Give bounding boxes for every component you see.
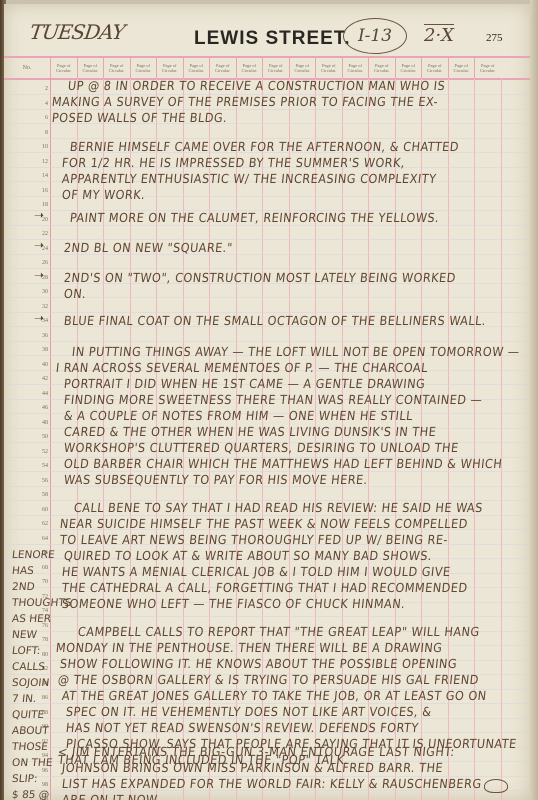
page-header: TUESDAY LEWIS STREET. I-13 2·X 275 xyxy=(4,4,530,56)
diary-line: SHOW FOLLOWING IT. HE KNOWS ABOUT THE PO… xyxy=(59,656,458,671)
diary-line: UP @ 8 IN ORDER TO RECEIVE A CONSTRUCTIO… xyxy=(67,78,446,93)
line-number: 2 xyxy=(32,86,48,92)
column-page-of-circular: Page of Circular. xyxy=(421,58,448,78)
diary-line: FINDING MORE SWEETNESS THERE THAN WAS RE… xyxy=(63,392,483,407)
diary-line: WAS SUBSEQUENTLY TO PAY FOR HIS MOVE HER… xyxy=(63,472,368,487)
line-number: 44 xyxy=(32,391,48,397)
line-number: 52 xyxy=(32,449,48,455)
margin-note-line: CALLS xyxy=(11,661,45,673)
diary-line: CARED & THE OTHER WHEN HE WAS LIVING DUN… xyxy=(63,424,437,439)
day-label: TUESDAY xyxy=(28,20,126,44)
diary-line: @ THE OSBORN GALLERY & IS TRYING TO PERS… xyxy=(57,672,480,687)
column-page-of-circular: Page of Circular. xyxy=(77,58,104,78)
column-page-of-circular: Page of Circular. xyxy=(368,58,395,78)
diary-line: AT THE GREAT JONES GALLERY TO TAKE THE J… xyxy=(61,688,487,703)
diary-line: CAMPBELL CALLS TO REPORT THAT "THE GREAT… xyxy=(77,624,480,639)
margin-note-line: ABOUT xyxy=(11,725,49,737)
diary-line: APPARENTLY ENTHUSIASTIC W/ THE INCREASIN… xyxy=(61,171,437,186)
column-page-of-circular: Page of Circular. xyxy=(50,58,77,78)
margin-arrow-icon: ➝ xyxy=(34,268,44,282)
line-number: 48 xyxy=(32,420,48,426)
column-page-of-circular: Page of Circular. xyxy=(262,58,289,78)
diary-line: TO LEAVE ART NEWS BEING THOROUGHLY FED U… xyxy=(59,532,449,547)
margin-note-line: QUITE xyxy=(11,709,44,721)
line-number: 46 xyxy=(32,405,48,411)
line-number: 56 xyxy=(32,478,48,484)
margin-note-line: SOJOIN xyxy=(11,677,50,689)
line-number: 62 xyxy=(32,521,48,527)
column-page-of-circular: Page of Circular. xyxy=(156,58,183,78)
margin-note-line: SLIP: xyxy=(11,773,38,785)
diary-line: PAINT MORE ON THE CALUMET, REINFORCING T… xyxy=(69,210,440,225)
diary-line: HE WANTS A MENIAL CLERICAL JOB & I TOLD … xyxy=(61,564,451,579)
diary-line: BLUE FINAL COAT ON THE SMALL OCTAGON OF … xyxy=(63,313,487,328)
ledger-page: TUESDAY LEWIS STREET. I-13 2·X 275 No. P… xyxy=(4,4,530,800)
line-number: 38 xyxy=(32,347,48,353)
diary-line: CALL BENE TO SAY THAT I HAD READ HIS REV… xyxy=(73,500,483,515)
column-page-of-circular: Page of Circular. xyxy=(315,58,342,78)
margin-note-line: HAS xyxy=(11,565,34,577)
diary-line: 2ND'S ON "TWO", CONSTRUCTION MOST LATELY… xyxy=(63,270,456,285)
diary-line: POSED WALLS OF THE BLDG. xyxy=(51,110,228,125)
diary-line: LIST HAS EXPANDED FOR THE WORLD FAIR: KE… xyxy=(61,776,482,791)
margin-note-line: THOUGHTS xyxy=(11,597,72,609)
diary-line: PORTRAIT I DID WHEN HE 1ST CAME — A GENT… xyxy=(63,376,426,391)
diary-line: ON. xyxy=(63,286,87,301)
column-page-of-circular: Page of Circular. xyxy=(236,58,263,78)
line-number: 16 xyxy=(32,188,48,194)
diary-line: SPEC ON IT. HE VEHEMENTLY DOES NOT LIKE … xyxy=(65,704,432,719)
column-page-of-circular: Page of Circular. xyxy=(289,58,316,78)
diary-line: HAS NOT YET READ SWENSON'S REVIEW. DEFEN… xyxy=(65,720,419,735)
column-page-of-circular: Page of Circular. xyxy=(342,58,369,78)
diary-line: FOR 1/2 HR. HE IS IMPRESSED BY THE SUMME… xyxy=(61,155,406,170)
margin-rule xyxy=(50,78,51,800)
margin-note-line: 7 IN. xyxy=(11,693,37,705)
diary-line: SOMEONE WHO LEFT — THE FIASCO OF CHUCK H… xyxy=(61,596,406,611)
line-number: 26 xyxy=(32,260,48,266)
line-number: 64 xyxy=(32,536,48,542)
diary-line: OF MY WORK. xyxy=(61,187,146,202)
column-rule xyxy=(501,78,502,800)
column-header-row: No. Page of Circular.Page of Circular.Pa… xyxy=(4,56,530,80)
margin-note-line: 2ND xyxy=(11,581,35,593)
diary-line: MAKING A SURVEY OF THE PREMISES PRIOR TO… xyxy=(51,94,439,109)
line-number: 58 xyxy=(32,492,48,498)
margin-note-line: $ 85 @ xyxy=(11,789,49,800)
line-number: 4 xyxy=(32,101,48,107)
ruled-line xyxy=(4,268,530,269)
margin-arrow-icon: ➝ xyxy=(34,208,44,222)
line-number: 12 xyxy=(32,159,48,165)
line-number: 14 xyxy=(32,173,48,179)
margin-note-line: NEW xyxy=(11,629,37,641)
diary-line: OLD BARBER CHAIR WHICH THE MATTHEWS HAD … xyxy=(63,456,503,471)
column-page-of-circular: Page of Circular. xyxy=(183,58,210,78)
line-number: 50 xyxy=(32,434,48,440)
column-page-of-circular: Page of Circular. xyxy=(395,58,422,78)
ruled-line xyxy=(4,341,530,342)
signature-mark xyxy=(484,779,508,793)
page-title: LEWIS STREET. xyxy=(194,28,351,50)
line-number: 22 xyxy=(32,231,48,237)
diary-line: I RAN ACROSS SEVERAL MEMENTOES OF P. — T… xyxy=(55,360,429,375)
diary-line: IN PUTTING THINGS AWAY — THE LOFT WILL N… xyxy=(71,344,520,359)
diary-line: NEAR SUICIDE HIMSELF THE PAST WEEK & NOW… xyxy=(59,516,468,531)
margin-arrow-icon: ➝ xyxy=(34,311,44,325)
column-page-of-circular: Page of Circular. xyxy=(209,58,236,78)
column-page-of-circular: Page of Circular. xyxy=(130,58,157,78)
margin-note-line: THOSE xyxy=(11,741,48,753)
diary-line: ARE ON IT NOW. xyxy=(61,792,161,800)
line-number: 32 xyxy=(32,304,48,310)
line-number: 10 xyxy=(32,144,48,150)
margin-note-line: LENORE xyxy=(11,549,55,561)
margin-note-line: AS HER xyxy=(11,613,51,625)
line-number: 40 xyxy=(32,362,48,368)
diary-line: THE CATHEDRAL A CALL, FORGETTING THAT I … xyxy=(61,580,468,595)
margin-arrow-icon: ➝ xyxy=(34,238,44,252)
column-no-label: No. xyxy=(4,58,50,78)
line-number: 30 xyxy=(32,289,48,295)
column-page-of-circular: Page of Circular. xyxy=(474,58,501,78)
margin-note-line: LOFT: xyxy=(11,645,41,657)
margin-note-line: ON THE xyxy=(11,757,53,769)
line-number: 54 xyxy=(32,463,48,469)
diary-line: WORKSHOP'S CLUTTERED QUARTERS, DESIRING … xyxy=(63,440,459,455)
line-number: 42 xyxy=(32,376,48,382)
circled-code: I-13 xyxy=(343,18,407,54)
diary-line: 2ND BL ON NEW "SQUARE." xyxy=(63,240,233,255)
diary-line: JOHNSON BRINGS OWN MISS PARKINSON & ALFR… xyxy=(61,760,444,775)
page-number: 275 xyxy=(486,32,503,44)
line-number: 8 xyxy=(32,130,48,136)
date-code: 2·X xyxy=(424,24,454,46)
line-number: 60 xyxy=(32,507,48,513)
diary-line: MONDAY IN THE PENTHOUSE. THEN THERE WILL… xyxy=(55,640,443,655)
page-edge xyxy=(530,0,538,800)
diary-line: QUIRED TO LOOK AT & WRITE ABOUT SO MANY … xyxy=(63,548,433,563)
diary-line: BERNIE HIMSELF CAME OVER FOR THE AFTERNO… xyxy=(69,139,460,154)
ruled-line xyxy=(4,616,530,617)
column-page-of-circular: Page of Circular. xyxy=(448,58,475,78)
diary-line: < JIM ENTERTAINS THE BIG-GUN 3-MAN ENTOU… xyxy=(57,744,455,759)
diary-line: & A COUPLE OF NOTES FROM HIM — ONE WHEN … xyxy=(63,408,414,423)
column-page-of-circular: Page of Circular. xyxy=(103,58,130,78)
line-number: 36 xyxy=(32,333,48,339)
line-number: 6 xyxy=(32,115,48,121)
